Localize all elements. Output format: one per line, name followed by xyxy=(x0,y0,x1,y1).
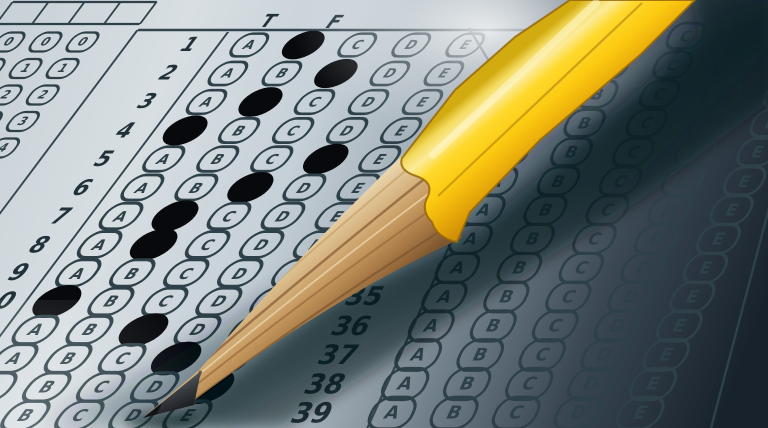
answer-sheet-photo: 00001111222233334444 T F 1ACDE2ABDE3ACDE… xyxy=(0,0,768,428)
photo-stage: 00001111222233334444 T F 1ACDE2ABDE3ACDE… xyxy=(0,0,768,428)
